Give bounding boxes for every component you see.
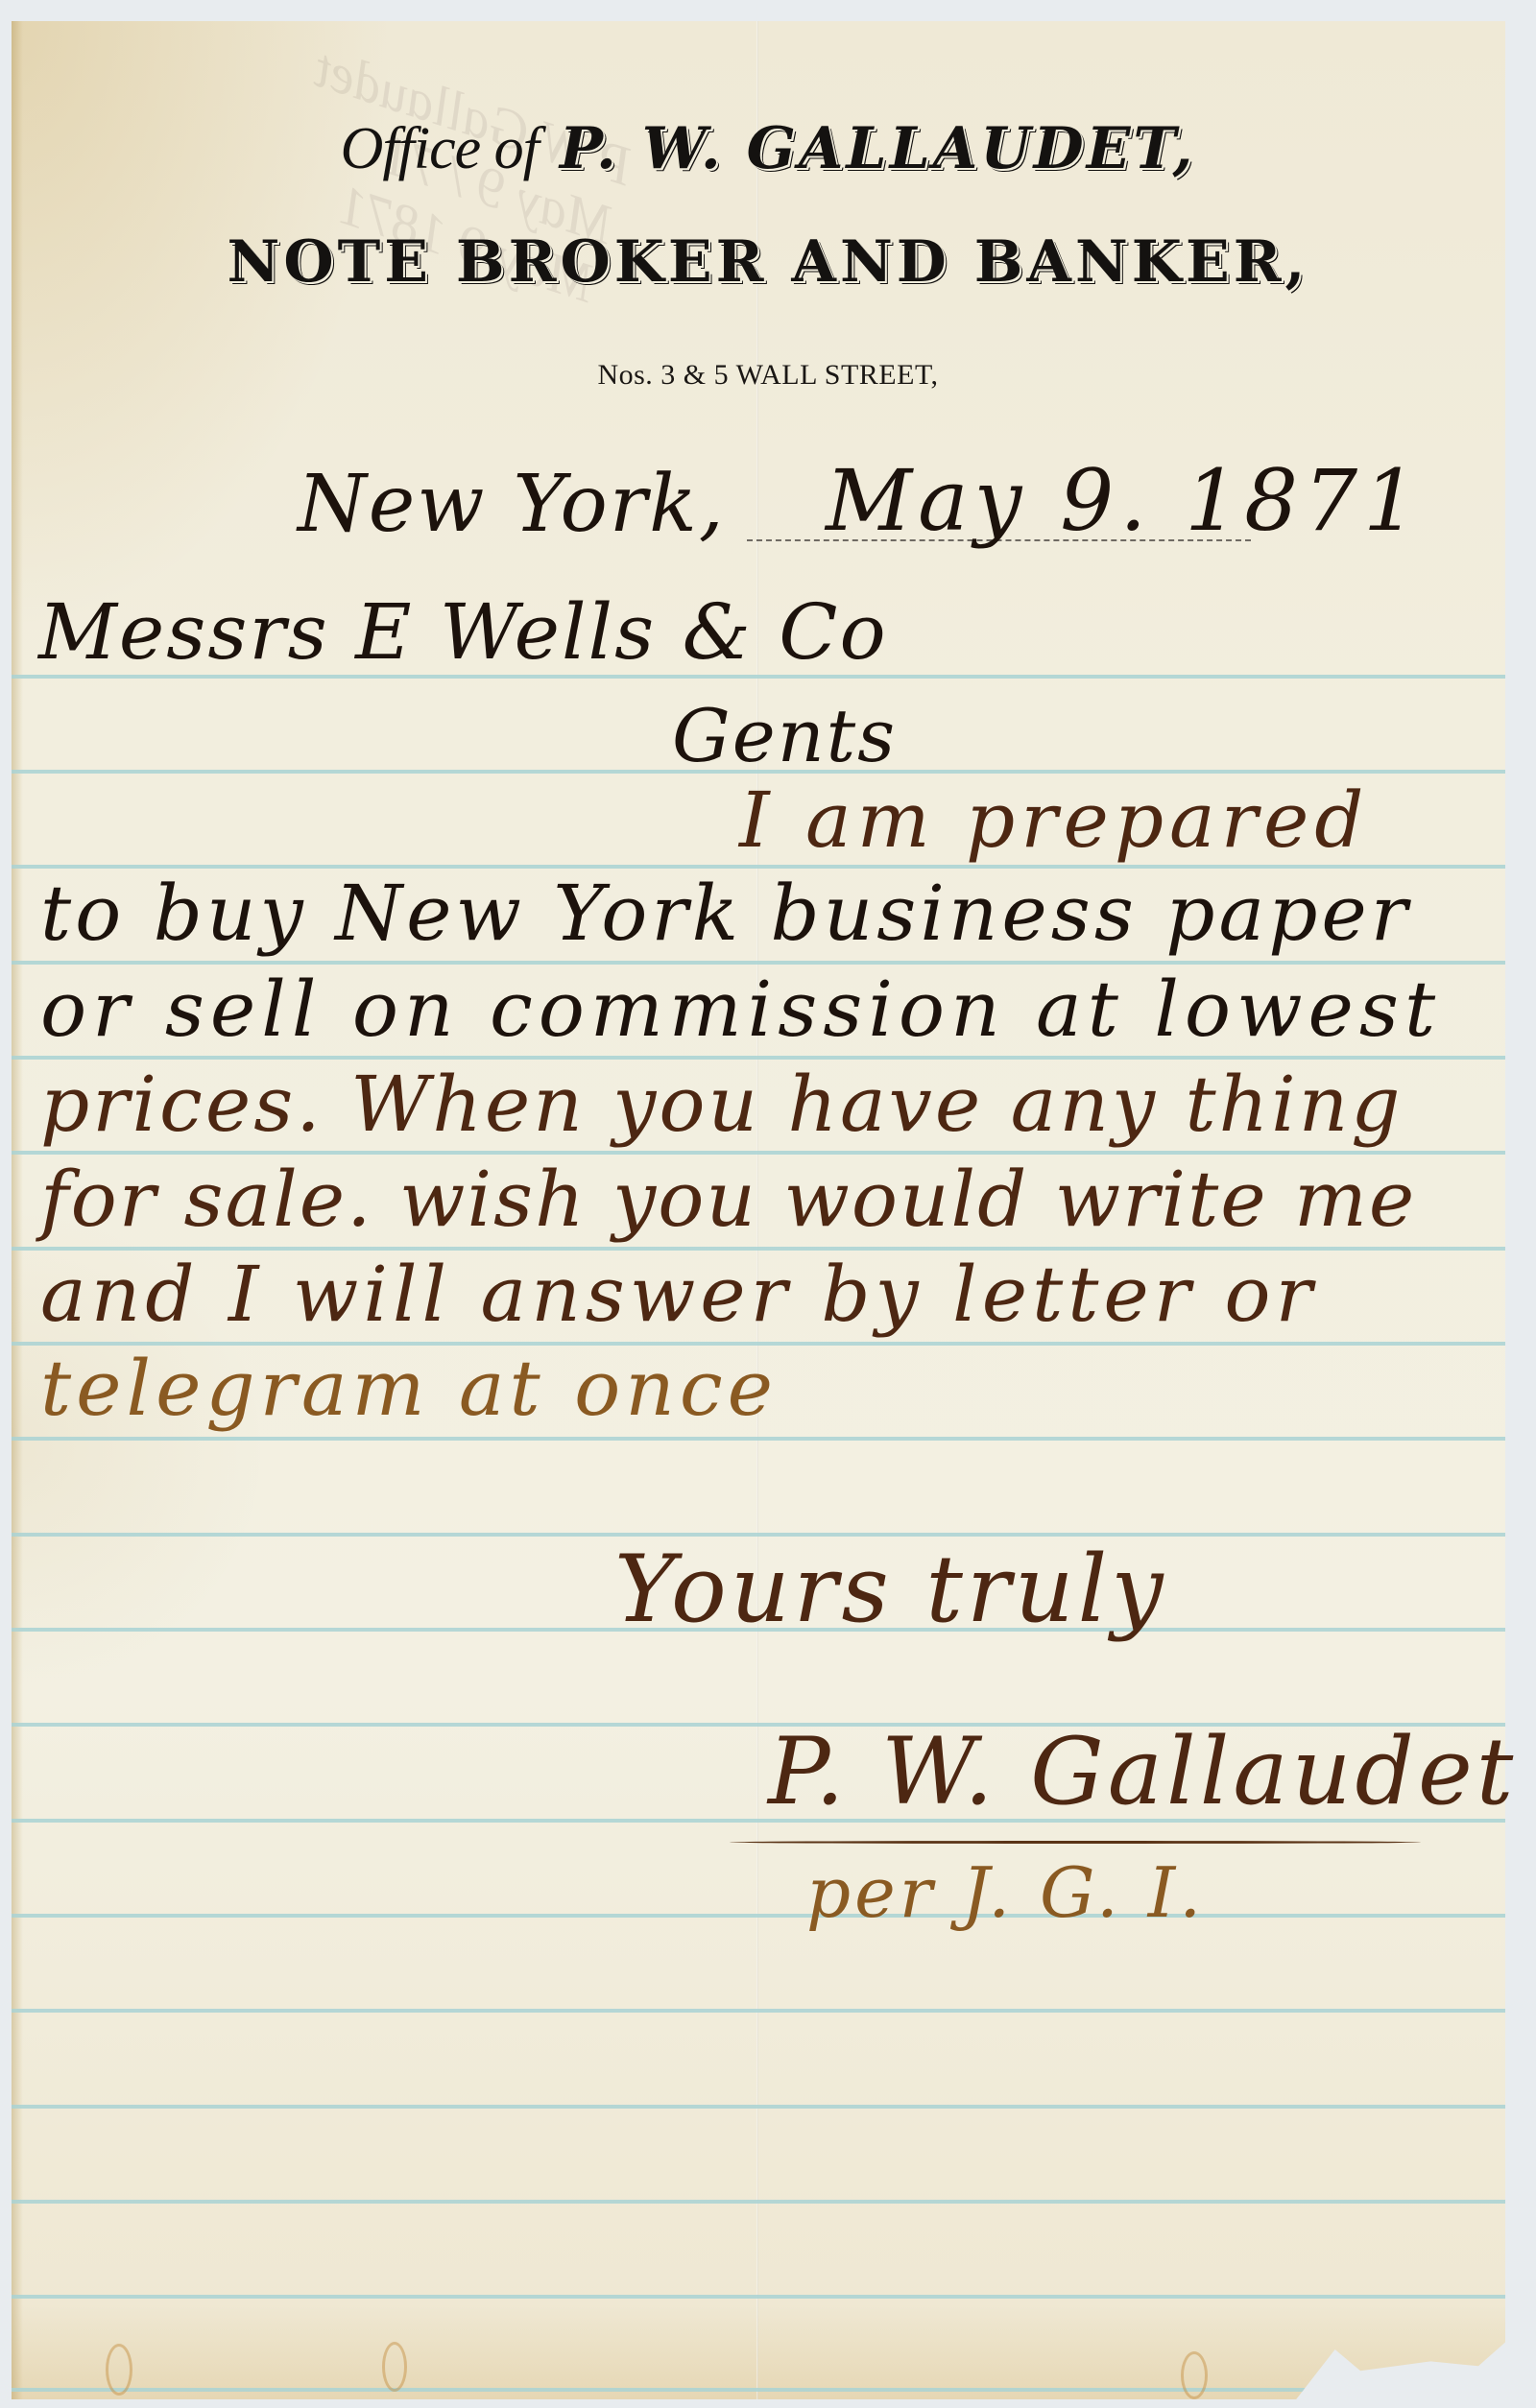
rust-stain: [1181, 2351, 1208, 2399]
body-line-5: for sale. wish you would write me: [40, 1155, 1416, 1244]
ruled-line: [12, 2295, 1505, 2299]
ruled-line: [12, 2200, 1505, 2204]
signed-by: per J. G. I.: [806, 1852, 1205, 1933]
ruled-line: [12, 2009, 1505, 2013]
body-line-1: I am prepared: [739, 775, 1370, 865]
rust-stain: [382, 2342, 407, 2392]
body-line-3: or sell on commission at lowest: [40, 965, 1441, 1054]
signature-flourish: [730, 1841, 1421, 1844]
letterhead-title: NOTE BROKER AND BANKER,: [0, 228, 1536, 296]
ruled-line: [12, 1914, 1505, 1918]
letter-closing: Yours truly: [614, 1536, 1167, 1643]
letter-place: New York,: [298, 459, 726, 550]
letter-salutation: Gents: [672, 693, 897, 778]
body-line-7: telegram at once: [40, 1344, 778, 1433]
ruled-line: [12, 2388, 1505, 2392]
letter-date: May 9. 1871: [826, 451, 1423, 550]
letterhead-address: Nos. 3 & 5 WALL STREET,: [0, 359, 1536, 392]
ruled-line: [12, 1437, 1505, 1441]
body-line-6: and I will answer by letter or: [40, 1250, 1317, 1339]
letterhead-office-of: Office of: [341, 116, 539, 181]
letterhead-name: P. W. GALLAUDET,: [560, 115, 1196, 182]
rust-stain: [106, 2344, 132, 2396]
letter-signature: P. W. Gallaudet: [768, 1718, 1517, 1825]
letterhead-office-line: Office ofP. W. GALLAUDET,: [0, 115, 1536, 183]
body-line-2: to buy New York business paper: [40, 869, 1411, 958]
letter-recipient: Messrs E Wells & Co: [38, 587, 888, 677]
body-line-4: prices. When you have any thing: [40, 1060, 1403, 1149]
ruled-line: [12, 2105, 1505, 2109]
